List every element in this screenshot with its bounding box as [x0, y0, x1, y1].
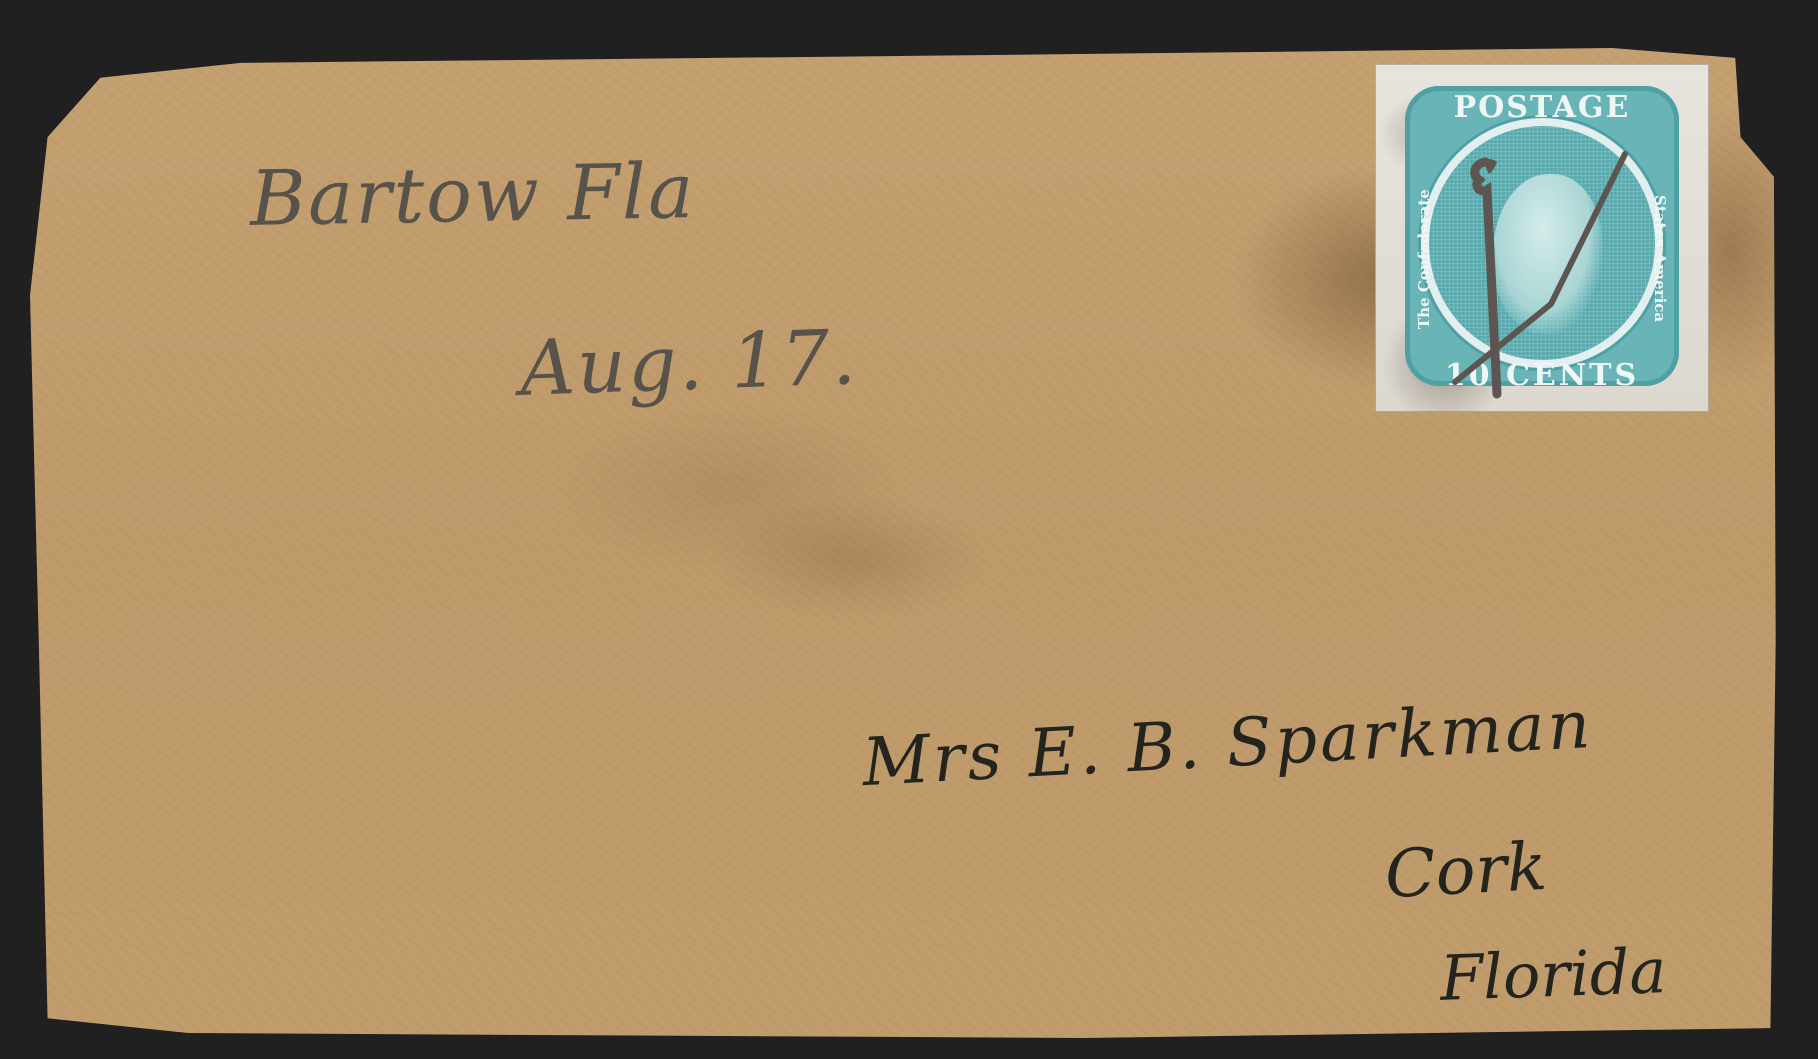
docket-place: Bartow Fla: [249, 146, 696, 243]
pen-x-icon: [1375, 64, 1709, 412]
docket-date: Aug. 17.: [519, 312, 860, 413]
addressee-state: Florida: [1439, 934, 1668, 1015]
addressee-city: Cork: [1383, 828, 1549, 913]
postage-stamp: POSTAGE 10 CENTS The Confederate States …: [1375, 64, 1709, 412]
